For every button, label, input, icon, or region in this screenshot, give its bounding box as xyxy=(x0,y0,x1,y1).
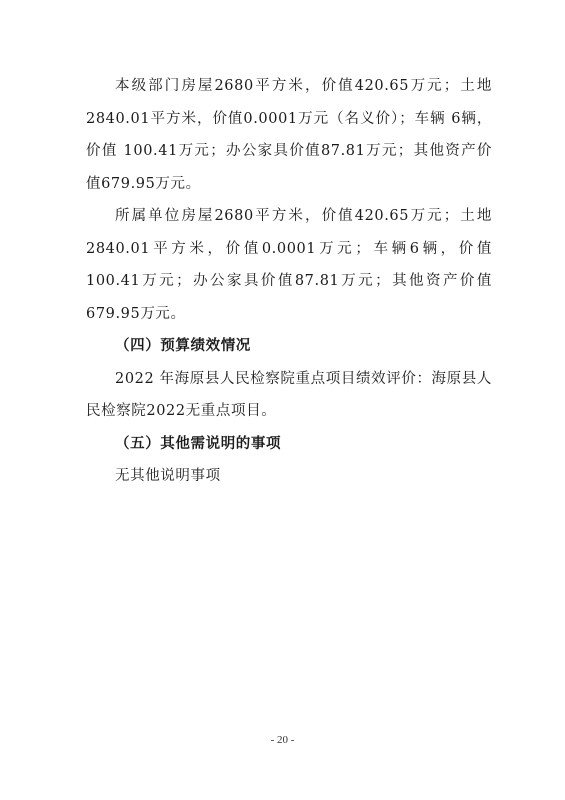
section-heading-other-matters: （五）其他需说明的事项 xyxy=(86,428,492,461)
section-heading-budget-performance: （四）预算绩效情况 xyxy=(86,330,492,363)
document-page: 本级部门房屋2680平方米，价值420.65万元；土地2840.01平方米，价值… xyxy=(0,0,565,800)
paragraph-other-matters: 无其他说明事项 xyxy=(86,460,492,493)
page-number: - 20 - xyxy=(0,734,565,746)
paragraph-budget-performance: 2022 年海原县人民检察院重点项目绩效评价：海原县人民检察院2022无重点项目… xyxy=(86,363,492,428)
paragraph-department-assets: 本级部门房屋2680平方米，价值420.65万元；土地2840.01平方米，价值… xyxy=(86,70,492,200)
paragraph-affiliated-assets: 所属单位房屋2680平方米，价值420.65万元；土地2840.01平方米，价值… xyxy=(86,200,492,330)
page-body: 本级部门房屋2680平方米，价值420.65万元；土地2840.01平方米，价值… xyxy=(86,70,492,493)
